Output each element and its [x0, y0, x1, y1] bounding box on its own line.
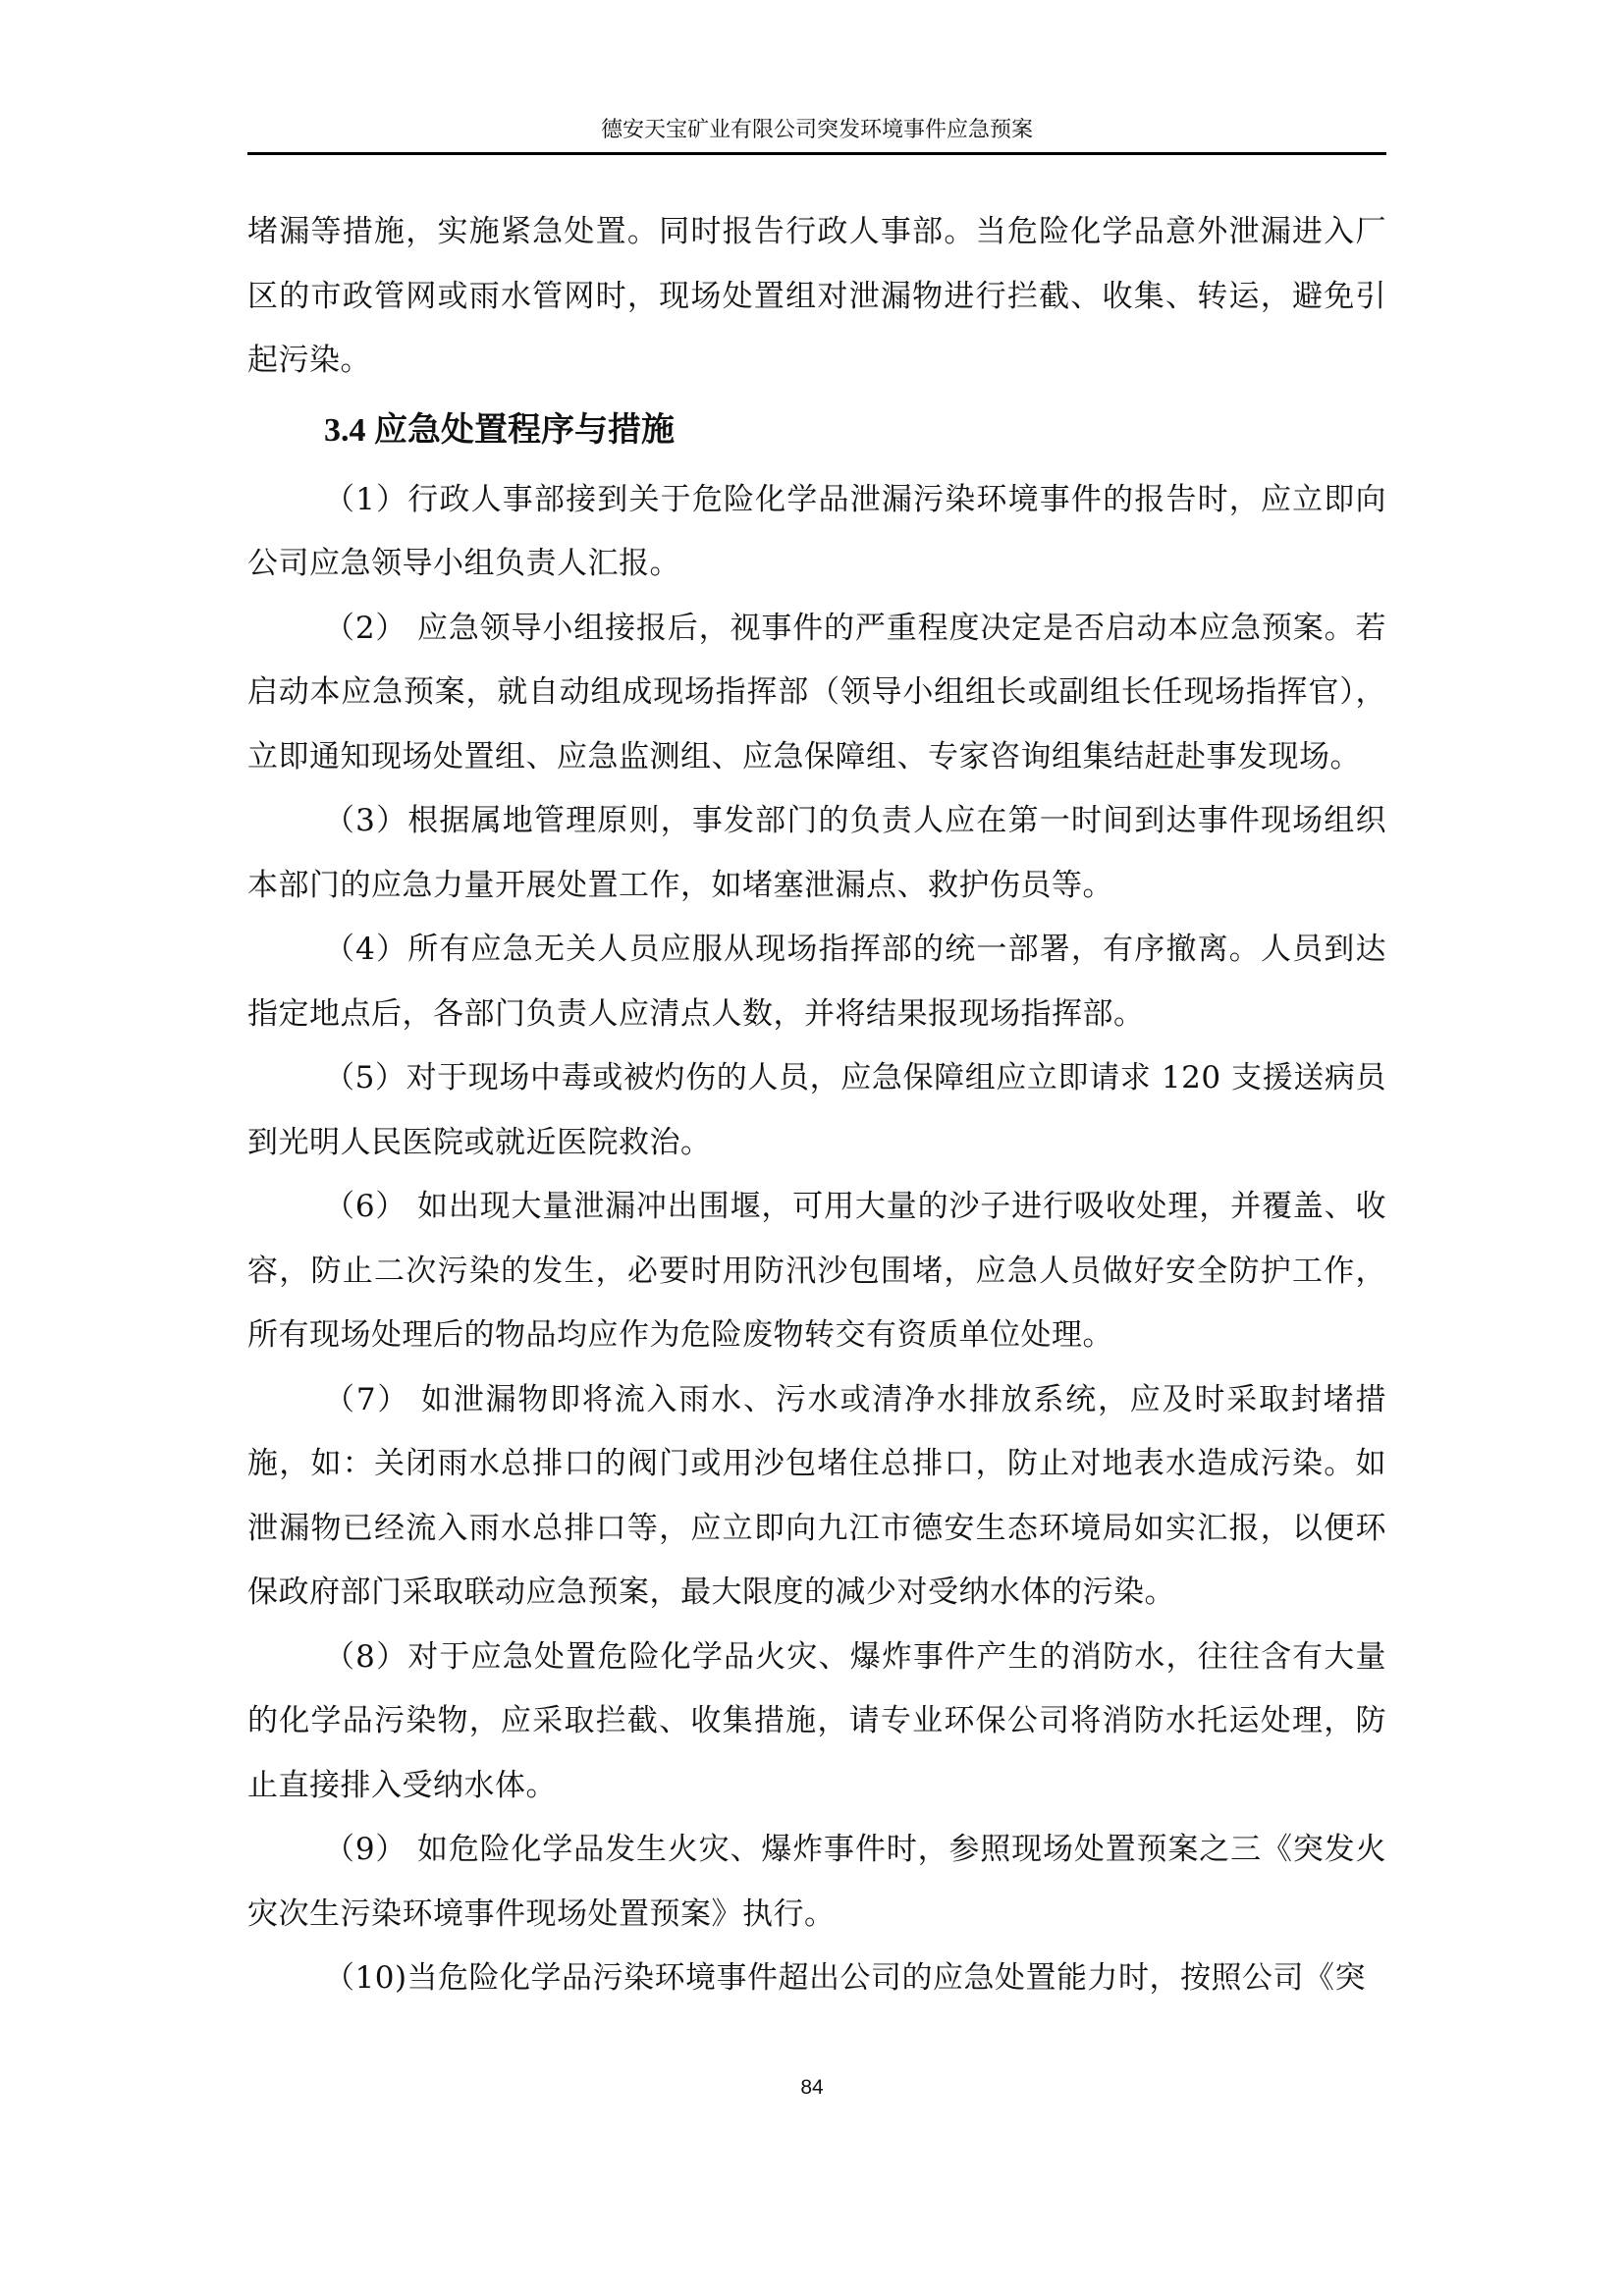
list-item: （6） 如出现大量泄漏冲出围堰，可用大量的沙子进行吸收处理，并覆盖、收容，防止二…: [247, 1175, 1386, 1368]
list-item: （3）根据属地管理原则，事发部门的负责人应在第一时间到达事件现场组织本部门的应急…: [247, 789, 1386, 918]
list-item: （1）行政人事部接到关于危险化学品泄漏污染环境事件的报告时，应立即向公司应急领导…: [247, 468, 1386, 597]
section-heading: 3.4 应急处置程序与措施: [247, 394, 1386, 468]
list-item: （4）所有应急无关人员应服从现场指挥部的统一部署，有序撤离。人员到达指定地点后，…: [247, 918, 1386, 1046]
document-body: 堵漏等措施，实施紧急处置。同时报告行政人事部。当危险化学品意外泄漏进入厂区的市政…: [247, 200, 1386, 2011]
page-number: 84: [0, 2076, 1624, 2100]
header-rule: [247, 152, 1386, 155]
list-item: （9） 如危险化学品发生火灾、爆炸事件时，参照现场处置预案之三《突发火灾次生污染…: [247, 1818, 1386, 1947]
list-item: （10)当危险化学品污染环境事件超出公司的应急处置能力时，按照公司《突: [247, 1947, 1386, 2011]
page-header-title: 德安天宝矿业有限公司突发环境事件应急预案: [247, 116, 1386, 145]
list-item: （8）对于应急处置危险化学品火灾、爆炸事件产生的消防水，往往含有大量的化学品污染…: [247, 1626, 1386, 1819]
list-item: （7） 如泄漏物即将流入雨水、污水或清净水排放系统，应及时采取封堵措施，如：关闭…: [247, 1368, 1386, 1626]
list-item: （5）对于现场中毒或被灼伤的人员，应急保障组应立即请求 120 支援送病员到光明…: [247, 1046, 1386, 1175]
intro-paragraph: 堵漏等措施，实施紧急处置。同时报告行政人事部。当危险化学品意外泄漏进入厂区的市政…: [247, 200, 1386, 394]
list-item: （2） 应急领导小组接报后，视事件的严重程度决定是否启动本应急预案。若启动本应急…: [247, 597, 1386, 790]
